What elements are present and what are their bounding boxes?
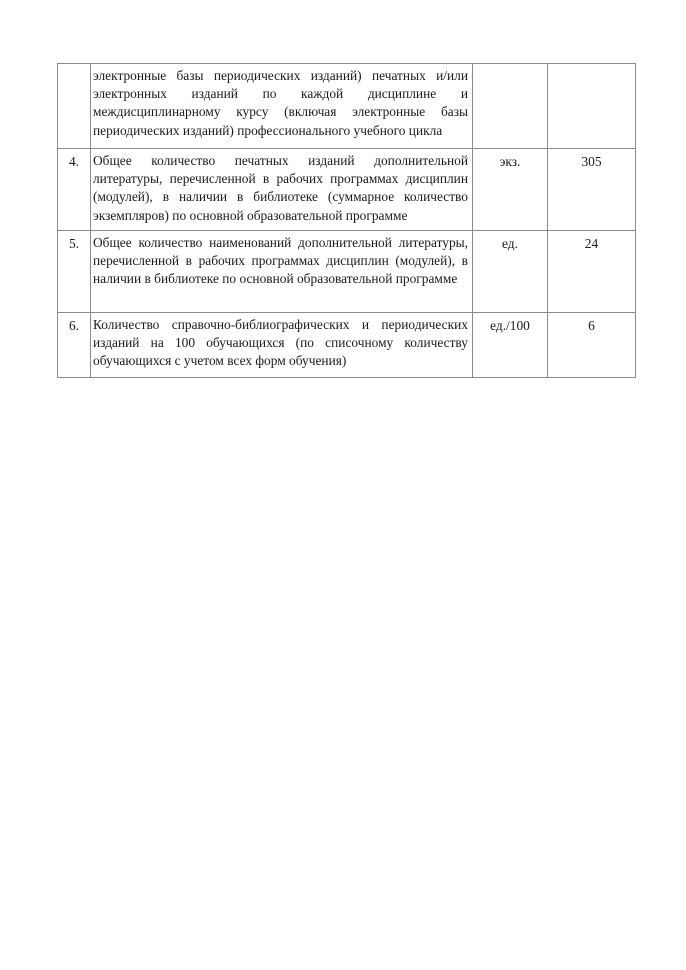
row-value: 305 <box>548 149 636 231</box>
row-description-text: Общее количество наименований дополнител… <box>93 234 468 289</box>
row-value: 24 <box>548 231 636 313</box>
row-value <box>548 64 636 149</box>
row-unit: ед. <box>473 231 548 313</box>
table-row-continuation: электронные базы периодических изданий) … <box>58 64 636 149</box>
row-number <box>58 64 91 149</box>
row-description-text: Общее количество печатных изданий дополн… <box>93 152 468 225</box>
row-unit: ед./100 <box>473 313 548 378</box>
row-number: 4. <box>58 149 91 231</box>
table-row: 5. Общее количество наименований дополни… <box>58 231 636 313</box>
row-description-text: электронные базы периодических изданий) … <box>93 67 468 140</box>
row-unit <box>473 64 548 149</box>
table-row: 4. Общее количество печатных изданий доп… <box>58 149 636 231</box>
row-description: Общее количество наименований дополнител… <box>91 231 473 313</box>
row-description-text: Количество справочно-библиографических и… <box>93 316 468 371</box>
row-unit: экз. <box>473 149 548 231</box>
document-page: электронные базы периодических изданий) … <box>0 0 686 970</box>
library-statistics-table: электронные базы периодических изданий) … <box>57 63 636 378</box>
row-description: электронные базы периодических изданий) … <box>91 64 473 149</box>
table-row: 6. Количество справочно-библиографически… <box>58 313 636 378</box>
row-number: 5. <box>58 231 91 313</box>
row-description: Количество справочно-библиографических и… <box>91 313 473 378</box>
row-description: Общее количество печатных изданий дополн… <box>91 149 473 231</box>
row-value: 6 <box>548 313 636 378</box>
row-number: 6. <box>58 313 91 378</box>
